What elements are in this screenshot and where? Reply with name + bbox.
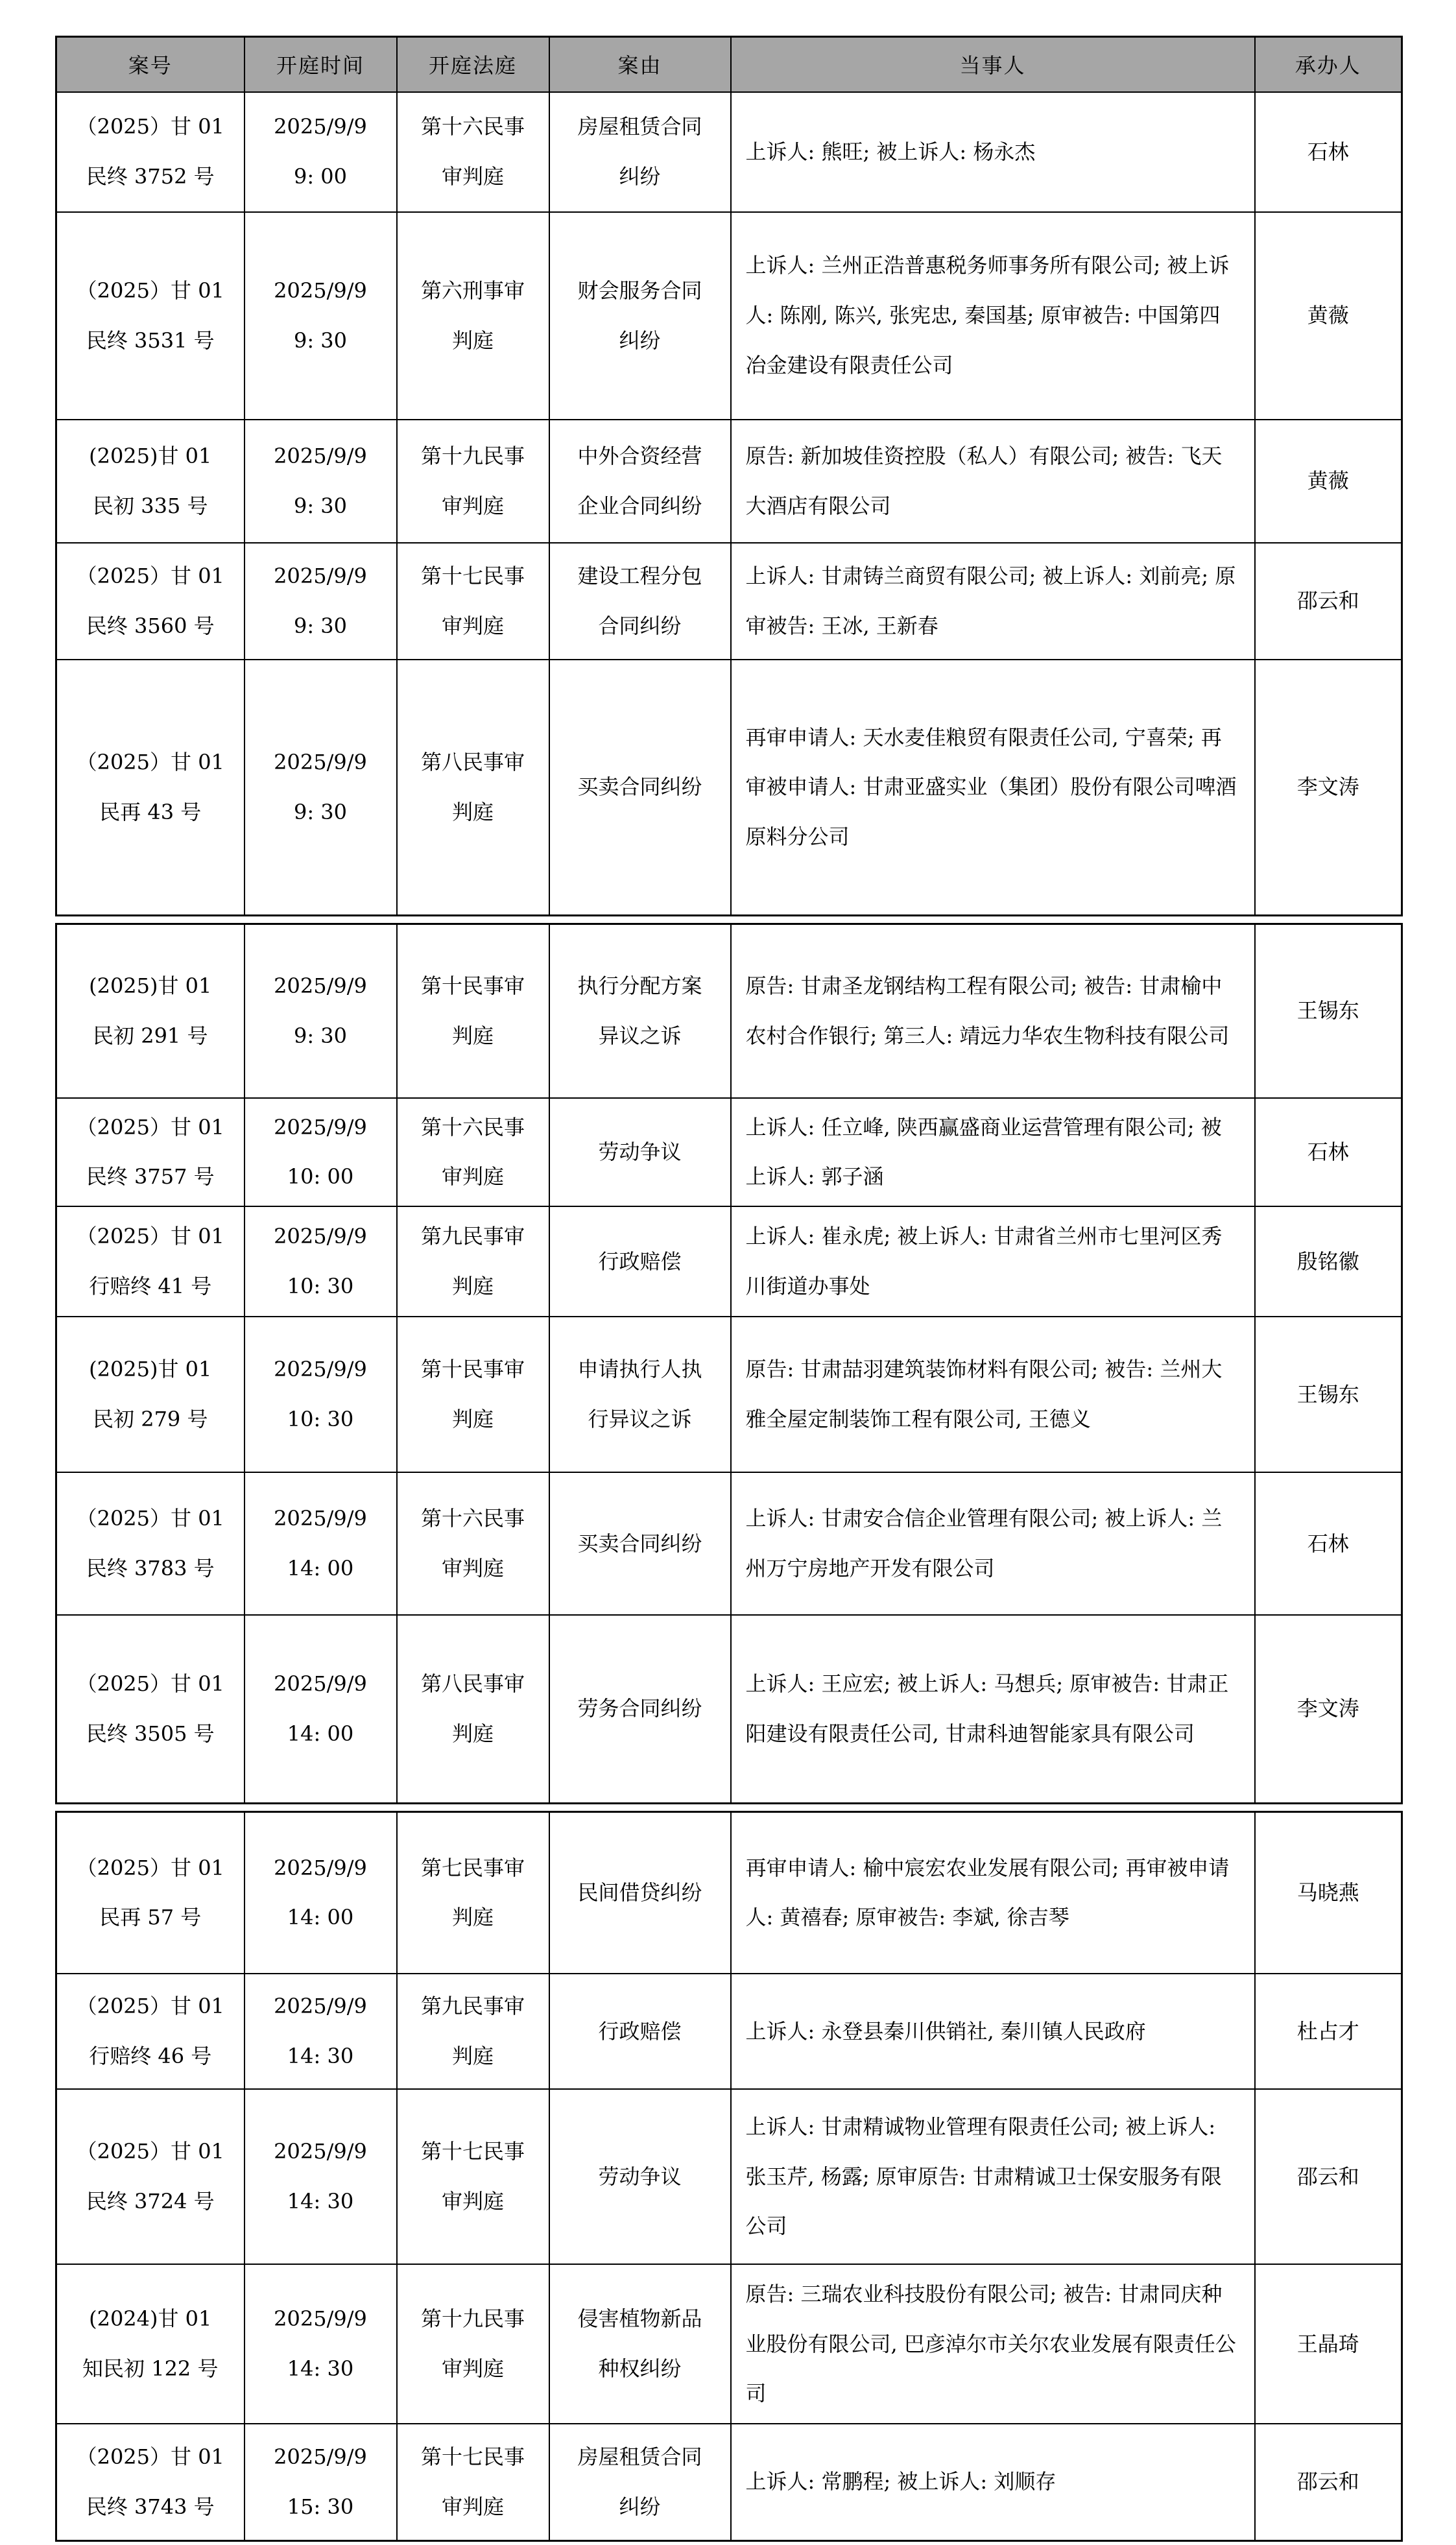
cause-cell: 民间借贷纠纷 bbox=[549, 1811, 731, 1974]
table-row: （2025）甘 01 民终 3783 号 2025/9/9 14: 00 第十六… bbox=[56, 1472, 1402, 1615]
table-header: 案号 开庭时间 开庭法庭 案由 当事人 承办人 bbox=[56, 37, 1402, 92]
table-row: （2025）甘 01 民终 3724 号 2025/9/9 14: 30 第十七… bbox=[56, 2089, 1402, 2264]
courtroom-cell: 第十民事审 判庭 bbox=[397, 1317, 549, 1472]
hearing-time-cell: 2025/9/9 14: 30 bbox=[245, 2264, 397, 2424]
table-row: (2024)甘 01 知民初 122 号 2025/9/9 14: 30 第十九… bbox=[56, 2264, 1402, 2424]
handler-cell: 杜占才 bbox=[1255, 1974, 1402, 2089]
courtroom-cell: 第十六民事 审判庭 bbox=[397, 1098, 549, 1207]
hearing-table-page-2: (2025)甘 01 民初 291 号 2025/9/9 9: 30 第十民事审… bbox=[55, 923, 1403, 1804]
handler-cell: 石林 bbox=[1255, 1472, 1402, 1615]
hearing-time-cell: 2025/9/9 9: 00 bbox=[245, 92, 397, 212]
case-number-cell: (2024)甘 01 知民初 122 号 bbox=[56, 2264, 245, 2424]
handler-cell: 王锡东 bbox=[1255, 1317, 1402, 1472]
courtroom-cell: 第十六民事 审判庭 bbox=[397, 92, 549, 212]
cause-cell: 执行分配方案 异议之诉 bbox=[549, 924, 731, 1098]
hearing-time-cell: 2025/9/9 9: 30 bbox=[245, 660, 397, 916]
header-cause: 案由 bbox=[549, 37, 731, 92]
table-row: （2025）甘 01 民终 3752 号 2025/9/9 9: 00 第十六民… bbox=[56, 92, 1402, 212]
courtroom-cell: 第十六民事 审判庭 bbox=[397, 1472, 549, 1615]
table-row: （2025）甘 01 民终 3757 号 2025/9/9 10: 00 第十六… bbox=[56, 1098, 1402, 1207]
hearing-time-cell: 2025/9/9 10: 00 bbox=[245, 1098, 397, 1207]
cause-cell: 劳务合同纠纷 bbox=[549, 1615, 731, 1803]
cause-cell: 劳动争议 bbox=[549, 1098, 731, 1207]
parties-cell: 上诉人: 任立峰, 陕西赢盛商业运营管理有限公司; 被上诉人: 郭子涵 bbox=[731, 1098, 1255, 1207]
parties-cell: 上诉人: 甘肃精诚物业管理有限责任公司; 被上诉人: 张玉芹, 杨露; 原审原告… bbox=[731, 2089, 1255, 2264]
hearing-table-page-1: 案号 开庭时间 开庭法庭 案由 当事人 承办人 （2025）甘 01 民终 37… bbox=[55, 36, 1403, 916]
hearing-time-cell: 2025/9/9 10: 30 bbox=[245, 1317, 397, 1472]
table-row: （2025）甘 01 民再 57 号 2025/9/9 14: 00 第七民事审… bbox=[56, 1811, 1402, 1974]
handler-cell: 石林 bbox=[1255, 92, 1402, 212]
case-number-cell: （2025）甘 01 行赔终 41 号 bbox=[56, 1206, 245, 1317]
hearing-time-cell: 2025/9/9 9: 30 bbox=[245, 543, 397, 660]
table-row: （2025）甘 01 民再 43 号 2025/9/9 9: 30 第八民事审 … bbox=[56, 660, 1402, 916]
parties-cell: 原告: 新加坡佳资控股（私人）有限公司; 被告: 飞天大酒店有限公司 bbox=[731, 420, 1255, 543]
parties-cell: 上诉人: 崔永虎; 被上诉人: 甘肃省兰州市七里河区秀川街道办事处 bbox=[731, 1206, 1255, 1317]
courtroom-cell: 第十七民事 审判庭 bbox=[397, 2424, 549, 2540]
case-number-cell: （2025）甘 01 民终 3783 号 bbox=[56, 1472, 245, 1615]
courtroom-cell: 第七民事审 判庭 bbox=[397, 1811, 549, 1974]
header-case-number: 案号 bbox=[56, 37, 245, 92]
table-row: （2025）甘 01 民终 3560 号 2025/9/9 9: 30 第十七民… bbox=[56, 543, 1402, 660]
hearing-time-cell: 2025/9/9 14: 00 bbox=[245, 1811, 397, 1974]
parties-cell: 上诉人: 常鹏程; 被上诉人: 刘顺存 bbox=[731, 2424, 1255, 2540]
hearing-time-cell: 2025/9/9 15: 30 bbox=[245, 2424, 397, 2540]
cause-cell: 中外合资经营 企业合同纠纷 bbox=[549, 420, 731, 543]
hearing-time-cell: 2025/9/9 14: 00 bbox=[245, 1472, 397, 1615]
cause-cell: 行政赔偿 bbox=[549, 1974, 731, 2089]
table-row: （2025）甘 01 民终 3531 号 2025/9/9 9: 30 第六刑事… bbox=[56, 212, 1402, 420]
case-number-cell: （2025）甘 01 民终 3531 号 bbox=[56, 212, 245, 420]
table-row: （2025）甘 01 民终 3743 号 2025/9/9 15: 30 第十七… bbox=[56, 2424, 1402, 2540]
table-row: （2025）甘 01 行赔终 46 号 2025/9/9 14: 30 第九民事… bbox=[56, 1974, 1402, 2089]
case-number-cell: （2025）甘 01 民再 43 号 bbox=[56, 660, 245, 916]
case-number-cell: (2025)甘 01 民初 291 号 bbox=[56, 924, 245, 1098]
courtroom-cell: 第九民事审 判庭 bbox=[397, 1206, 549, 1317]
handler-cell: 李文涛 bbox=[1255, 660, 1402, 916]
hearing-time-cell: 2025/9/9 10: 30 bbox=[245, 1206, 397, 1317]
table-row: （2025）甘 01 民终 3505 号 2025/9/9 14: 00 第八民… bbox=[56, 1615, 1402, 1803]
case-number-cell: (2025)甘 01 民初 335 号 bbox=[56, 420, 245, 543]
hearing-time-cell: 2025/9/9 14: 30 bbox=[245, 1974, 397, 2089]
header-parties: 当事人 bbox=[731, 37, 1255, 92]
case-number-cell: （2025）甘 01 民终 3757 号 bbox=[56, 1098, 245, 1207]
cause-cell: 申请执行人执 行异议之诉 bbox=[549, 1317, 731, 1472]
handler-cell: 王锡东 bbox=[1255, 924, 1402, 1098]
parties-cell: 再审申请人: 榆中宸宏农业发展有限公司; 再审被申请人: 黄禧春; 原审被告: … bbox=[731, 1811, 1255, 1974]
handler-cell: 邵云和 bbox=[1255, 543, 1402, 660]
table-row: （2025）甘 01 行赔终 41 号 2025/9/9 10: 30 第九民事… bbox=[56, 1206, 1402, 1317]
parties-cell: 上诉人: 甘肃铸兰商贸有限公司; 被上诉人: 刘前亮; 原审被告: 王冰, 王新… bbox=[731, 543, 1255, 660]
handler-cell: 邵云和 bbox=[1255, 2089, 1402, 2264]
cause-cell: 行政赔偿 bbox=[549, 1206, 731, 1317]
header-hearing-time: 开庭时间 bbox=[245, 37, 397, 92]
courtroom-cell: 第八民事审 判庭 bbox=[397, 660, 549, 916]
courtroom-cell: 第十七民事 审判庭 bbox=[397, 543, 549, 660]
cause-cell: 财会服务合同 纠纷 bbox=[549, 212, 731, 420]
table-row: (2025)甘 01 民初 291 号 2025/9/9 9: 30 第十民事审… bbox=[56, 924, 1402, 1098]
parties-cell: 再审申请人: 天水麦佳粮贸有限责任公司, 宁喜荣; 再审被申请人: 甘肃亚盛实业… bbox=[731, 660, 1255, 916]
courtroom-cell: 第九民事审 判庭 bbox=[397, 1974, 549, 2089]
handler-cell: 殷铭徽 bbox=[1255, 1206, 1402, 1317]
parties-cell: 上诉人: 甘肃安合信企业管理有限公司; 被上诉人: 兰州万宁房地产开发有限公司 bbox=[731, 1472, 1255, 1615]
courtroom-cell: 第十七民事 审判庭 bbox=[397, 2089, 549, 2264]
cause-cell: 买卖合同纠纷 bbox=[549, 1472, 731, 1615]
table-row: (2025)甘 01 民初 335 号 2025/9/9 9: 30 第十九民事… bbox=[56, 420, 1402, 543]
cause-cell: 侵害植物新品 种权纠纷 bbox=[549, 2264, 731, 2424]
parties-cell: 上诉人: 王应宏; 被上诉人: 马想兵; 原审被告: 甘肃正阳建设有限责任公司,… bbox=[731, 1615, 1255, 1803]
case-number-cell: （2025）甘 01 民终 3743 号 bbox=[56, 2424, 245, 2540]
case-number-cell: （2025）甘 01 民终 3505 号 bbox=[56, 1615, 245, 1803]
parties-cell: 上诉人: 兰州正浩普惠税务师事务所有限公司; 被上诉人: 陈刚, 陈兴, 张宪忠… bbox=[731, 212, 1255, 420]
case-number-cell: （2025）甘 01 民终 3560 号 bbox=[56, 543, 245, 660]
header-courtroom: 开庭法庭 bbox=[397, 37, 549, 92]
case-number-cell: （2025）甘 01 民终 3724 号 bbox=[56, 2089, 245, 2264]
cause-cell: 劳动争议 bbox=[549, 2089, 731, 2264]
handler-cell: 王晶琦 bbox=[1255, 2264, 1402, 2424]
header-row: 案号 开庭时间 开庭法庭 案由 当事人 承办人 bbox=[56, 37, 1402, 92]
handler-cell: 马晓燕 bbox=[1255, 1811, 1402, 1974]
hearing-time-cell: 2025/9/9 14: 30 bbox=[245, 2089, 397, 2264]
hearing-time-cell: 2025/9/9 9: 30 bbox=[245, 420, 397, 543]
cause-cell: 房屋租赁合同 纠纷 bbox=[549, 2424, 731, 2540]
table-row: (2025)甘 01 民初 279 号 2025/9/9 10: 30 第十民事… bbox=[56, 1317, 1402, 1472]
header-handler: 承办人 bbox=[1255, 37, 1402, 92]
hearing-schedule-document: 案号 开庭时间 开庭法庭 案由 当事人 承办人 （2025）甘 01 民终 37… bbox=[0, 0, 1456, 2542]
case-number-cell: （2025）甘 01 行赔终 46 号 bbox=[56, 1974, 245, 2089]
case-number-cell: (2025)甘 01 民初 279 号 bbox=[56, 1317, 245, 1472]
parties-cell: 原告: 甘肃喆羽建筑装饰材料有限公司; 被告: 兰州大雅全屋定制装饰工程有限公司… bbox=[731, 1317, 1255, 1472]
parties-cell: 原告: 三瑞农业科技股份有限公司; 被告: 甘肃同庆种业股份有限公司, 巴彦淖尔… bbox=[731, 2264, 1255, 2424]
courtroom-cell: 第十民事审 判庭 bbox=[397, 924, 549, 1098]
parties-cell: 上诉人: 永登县秦川供销社, 秦川镇人民政府 bbox=[731, 1974, 1255, 2089]
case-number-cell: （2025）甘 01 民终 3752 号 bbox=[56, 92, 245, 212]
handler-cell: 邵云和 bbox=[1255, 2424, 1402, 2540]
cause-cell: 建设工程分包 合同纠纷 bbox=[549, 543, 731, 660]
courtroom-cell: 第十九民事 审判庭 bbox=[397, 420, 549, 543]
cause-cell: 买卖合同纠纷 bbox=[549, 660, 731, 916]
courtroom-cell: 第十九民事 审判庭 bbox=[397, 2264, 549, 2424]
courtroom-cell: 第六刑事审 判庭 bbox=[397, 212, 549, 420]
handler-cell: 石林 bbox=[1255, 1098, 1402, 1207]
handler-cell: 黄薇 bbox=[1255, 212, 1402, 420]
parties-cell: 上诉人: 熊旺; 被上诉人: 杨永杰 bbox=[731, 92, 1255, 212]
hearing-time-cell: 2025/9/9 9: 30 bbox=[245, 212, 397, 420]
handler-cell: 李文涛 bbox=[1255, 1615, 1402, 1803]
case-number-cell: （2025）甘 01 民再 57 号 bbox=[56, 1811, 245, 1974]
parties-cell: 原告: 甘肃圣龙钢结构工程有限公司; 被告: 甘肃榆中农村合作银行; 第三人: … bbox=[731, 924, 1255, 1098]
handler-cell: 黄薇 bbox=[1255, 420, 1402, 543]
hearing-table-page-3: （2025）甘 01 民再 57 号 2025/9/9 14: 00 第七民事审… bbox=[55, 1811, 1403, 2542]
courtroom-cell: 第八民事审 判庭 bbox=[397, 1615, 549, 1803]
cause-cell: 房屋租赁合同 纠纷 bbox=[549, 92, 731, 212]
hearing-time-cell: 2025/9/9 14: 00 bbox=[245, 1615, 397, 1803]
hearing-time-cell: 2025/9/9 9: 30 bbox=[245, 924, 397, 1098]
